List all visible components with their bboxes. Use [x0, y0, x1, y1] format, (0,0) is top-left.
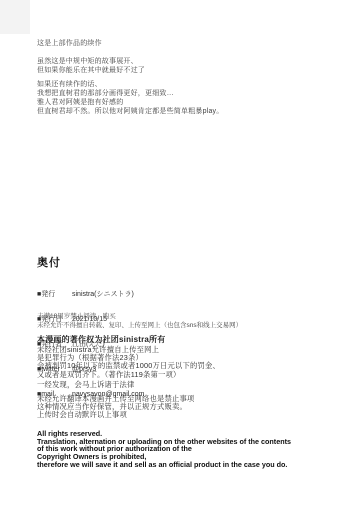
legal-enforcement-line: 一经发现，会马上诉诸于法律 — [37, 381, 134, 389]
colophon-value-circle-name: sinistra(シニストラ) — [72, 292, 134, 299]
afterword-paragraph-2: 虽然这是中规中矩的故事展开、 但如果你能乐在其中就最好不过了 — [37, 57, 145, 75]
colophon-page: 这是上部作品的续作 虽然这是中规中矩的故事展开、 但如果你能乐在其中就最好不过了… — [0, 0, 360, 508]
colophon-row-publisher: ■発行 sinistra(シニストラ) — [37, 292, 144, 299]
english-copyright-notice: All rights reserved. Translation, altern… — [37, 430, 357, 469]
scan-artifact-corner — [0, 0, 30, 34]
copyright-ownership-line: 本漫画的著作权为社团sinistra所有 — [37, 334, 165, 345]
afterword-paragraph-1: 这是上部作品的续作 — [37, 39, 102, 48]
age-restriction-notice: 未满18周岁禁止阅读、购买 未经允许不得擅自转载、复印、上传至网上（也包含sns… — [37, 313, 242, 331]
afterword-paragraph-3: 如果还有续作的话、 我想把直树君的那部分画得更好，更细致… 雅人君对阿姨是抱有好… — [37, 80, 223, 116]
upload-warning-paragraph: 未经社团sinistra允许擅自上传至网上 是犯罪行为（根据著作法23条） 会被… — [37, 346, 220, 379]
colophon-label: ■発行 — [37, 292, 72, 299]
colophon-heading: 奥付 — [37, 254, 61, 270]
translation-warning-paragraph: 未经允许翻译本漫画并上传至网络也是禁止事项 这种情况应当作好保管，并以正规方式贩… — [37, 395, 194, 420]
